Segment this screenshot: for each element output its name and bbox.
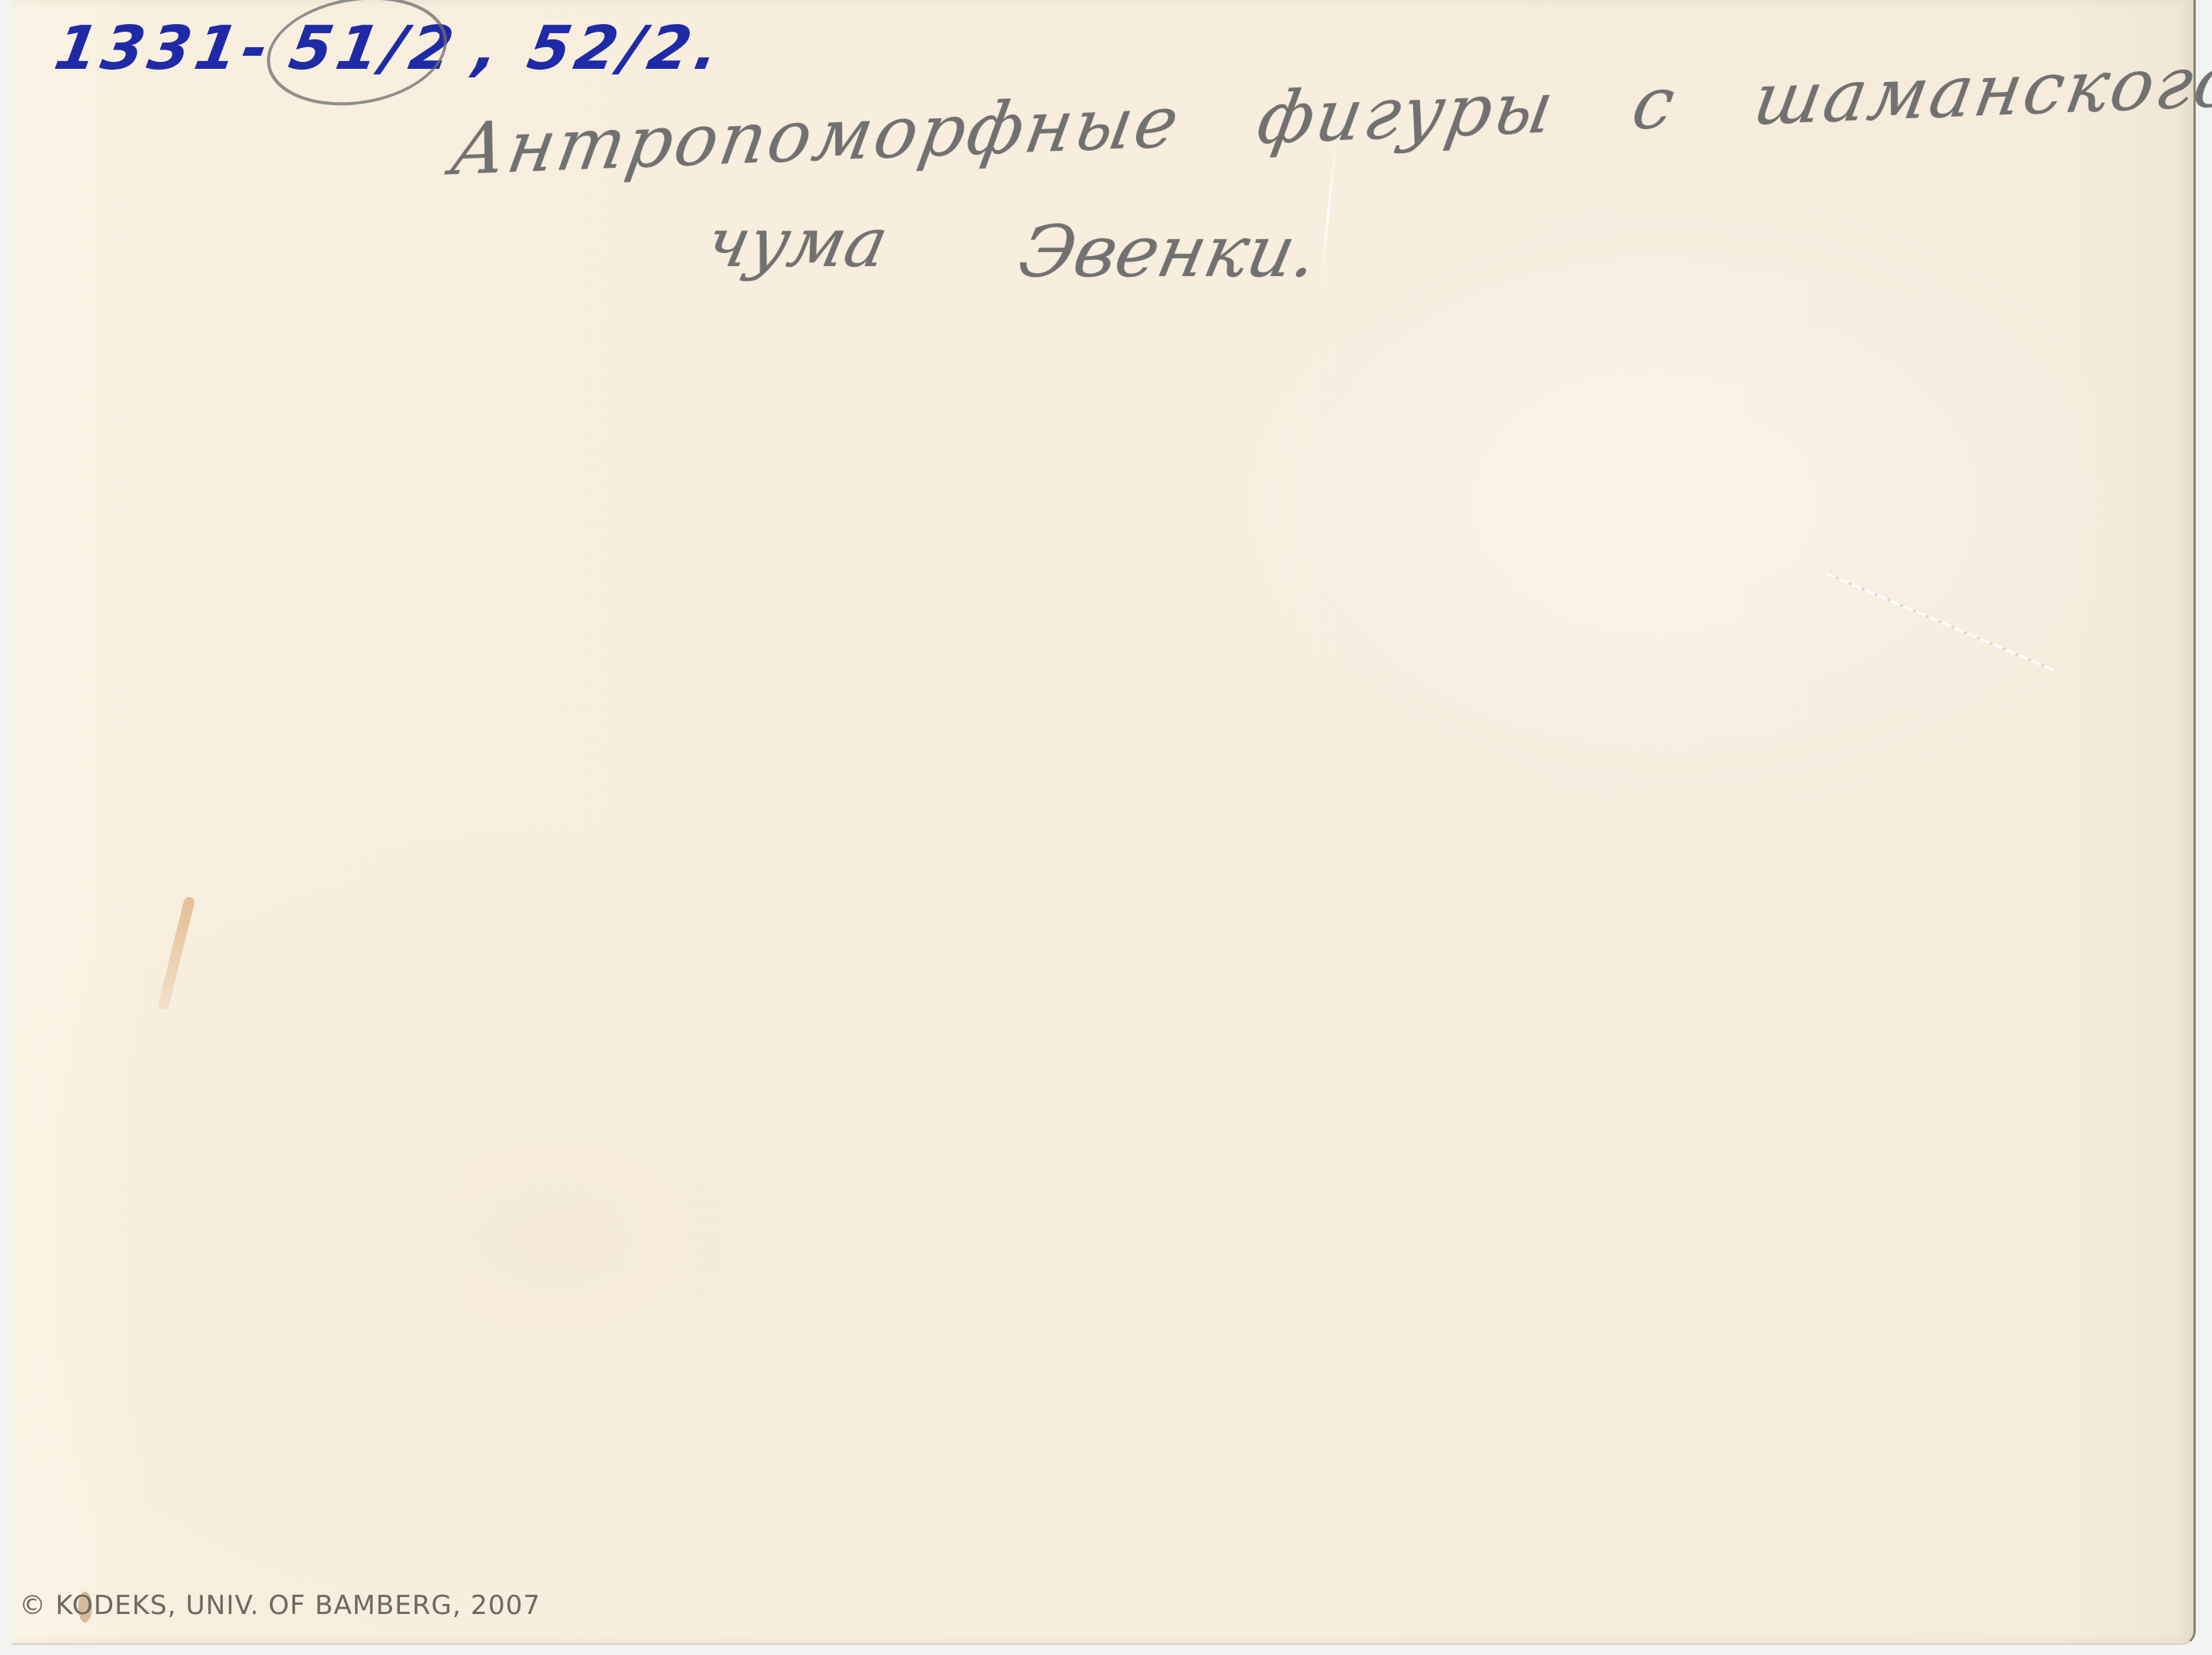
rust-stain bbox=[157, 896, 196, 1012]
copyright-footer: © KODEKS, UNIV. OF BAMBERG, 2007 bbox=[19, 1590, 541, 1621]
catalog-separator: , bbox=[469, 14, 510, 84]
paper-crease bbox=[1825, 572, 2054, 671]
pencil-annotation-evenki: Эвенки. bbox=[1012, 210, 1326, 293]
pencil-annotation-chuma: чума bbox=[699, 203, 895, 282]
catalog-second-number: 52/2. bbox=[523, 14, 729, 84]
catalog-prefix: 1331- bbox=[49, 14, 278, 84]
circled-number-text: 51/2 bbox=[285, 14, 463, 84]
scanned-document: 1331-51/2, 52/2. Антропоморфные фигуры с… bbox=[0, 0, 2212, 1655]
circled-number: 51/2 bbox=[271, 14, 477, 84]
catalog-number: 1331-51/2, 52/2. bbox=[49, 14, 729, 84]
